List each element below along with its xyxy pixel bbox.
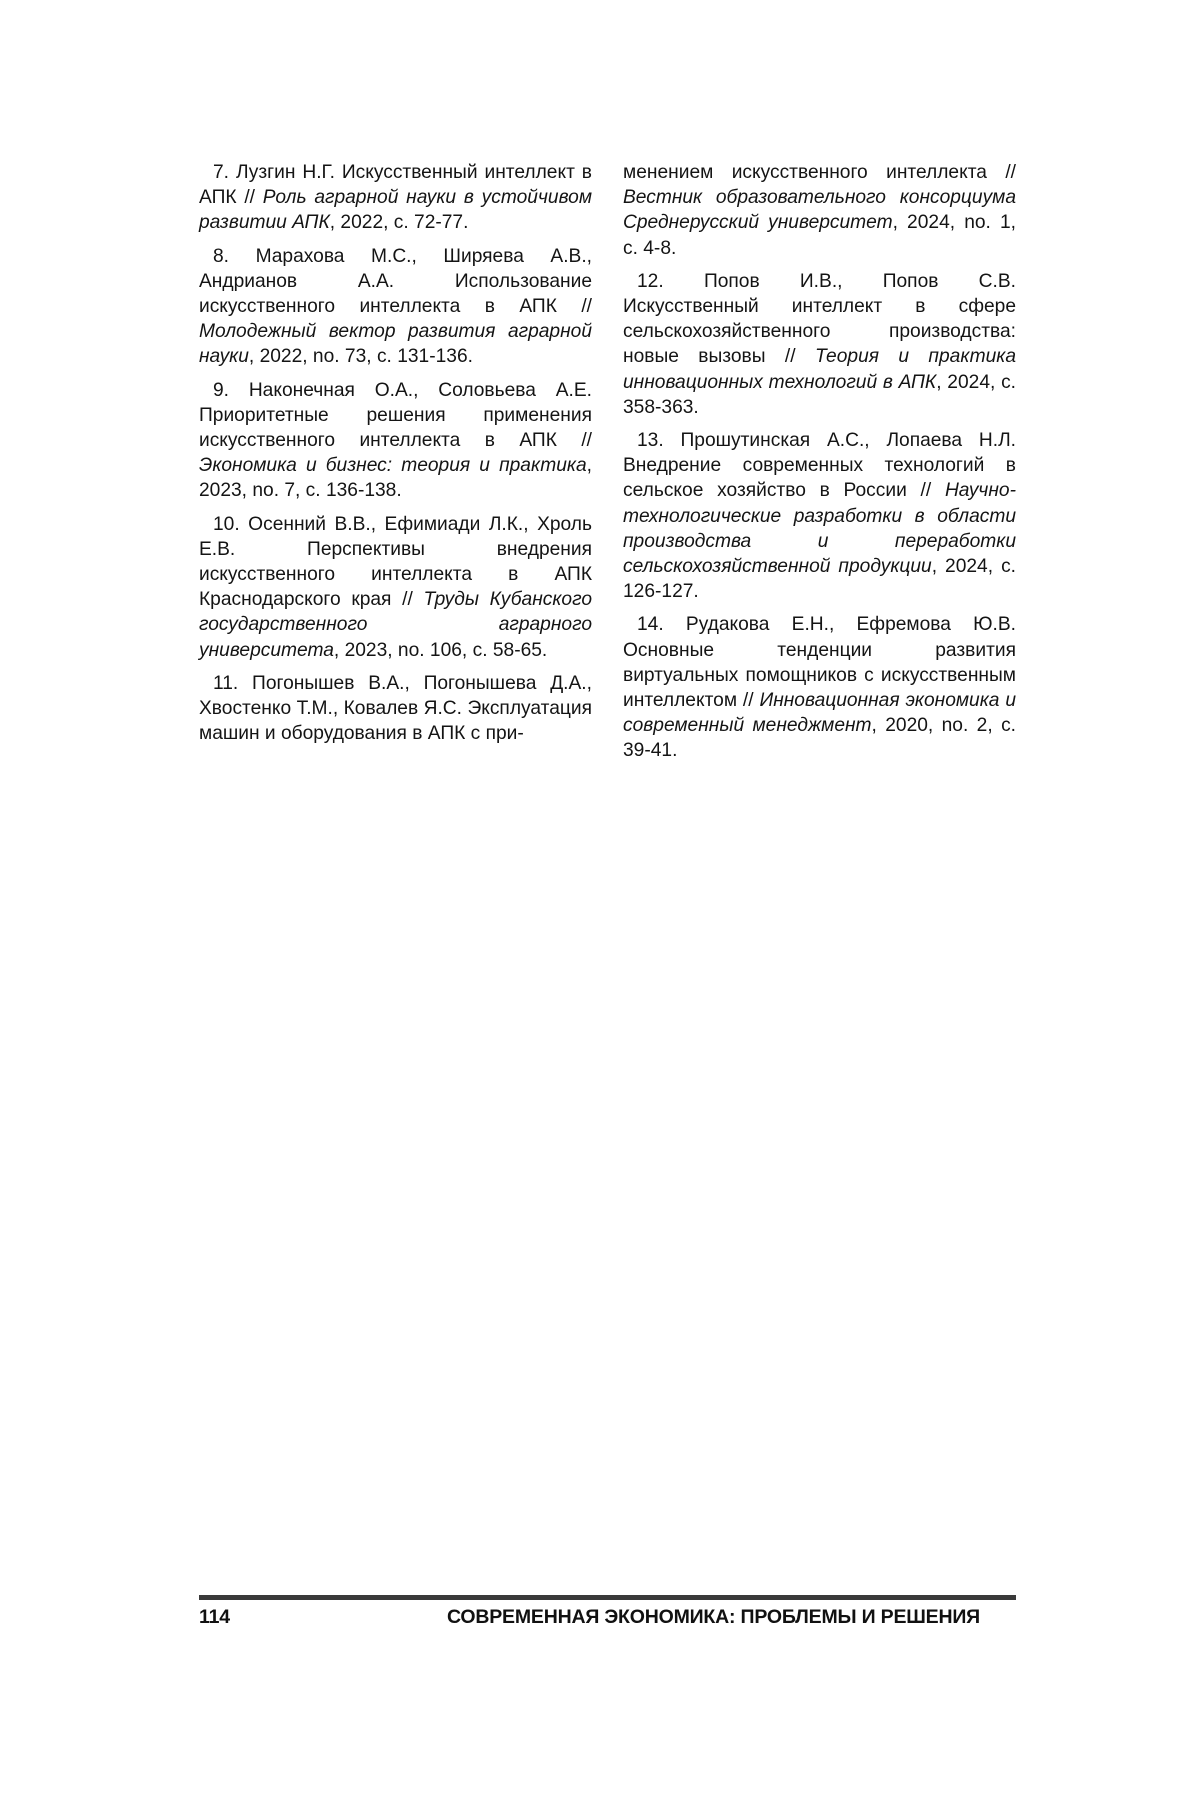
reference-item-10: 10. Осенний В.В., Ефимиади Л.К., Хроль Е… (199, 512, 592, 663)
ref-number: 8. (213, 246, 229, 267)
ref-source: Экономика и бизнес: теория и практика (199, 455, 587, 476)
ref-number: 11. (213, 673, 238, 694)
ref-number: 10. (213, 514, 240, 535)
ref-authors-title: Наконечная О.А., Соловьева А.Е. Приорите… (199, 380, 592, 451)
page-number: 114 (199, 1606, 230, 1629)
ref-number: 14. (637, 614, 664, 635)
reference-column-left: 7. Лузгин Н.Г. Искусственный интеллект в… (199, 160, 592, 754)
ref-authors-title: менением искусственного интеллекта // (623, 162, 1016, 183)
footer-divider (199, 1595, 1016, 1600)
ref-number: 12. (637, 271, 664, 292)
reference-column-right: менением искусственного интеллекта // Ве… (623, 160, 1016, 772)
reference-item-13: 13. Прошутинская А.С., Лопаева Н.Л. Внед… (623, 428, 1016, 604)
ref-details: , 2022, no. 73, с. 131-136. (249, 346, 473, 367)
ref-number: 13. (637, 430, 664, 451)
ref-details: , 2023, no. 106, с. 58-65. (334, 640, 547, 661)
reference-item-11-continued: менением искусственного интеллекта // Ве… (623, 160, 1016, 261)
reference-item-9: 9. Наконечная О.А., Соловьева А.Е. Приор… (199, 378, 592, 504)
reference-item-12: 12. Попов И.В., Попов С.В. Искусственный… (623, 269, 1016, 420)
ref-authors-title: Погонышев В.А., Погонышева Д.А., Хвостен… (199, 673, 592, 744)
page-footer: 114 СОВРЕМЕННАЯ ЭКОНОМИКА: ПРОБЛЕМЫ И РЕ… (199, 1606, 1016, 1634)
reference-item-11-start: 11. Погонышев В.А., Погонышева Д.А., Хво… (199, 671, 592, 747)
reference-item-14: 14. Рудакова Е.Н., Ефремова Ю.В. Основны… (623, 612, 1016, 763)
ref-number: 9. (213, 380, 229, 401)
ref-number: 7. (213, 162, 229, 183)
journal-title: СОВРЕМЕННАЯ ЭКОНОМИКА: ПРОБЛЕМЫ И РЕШЕНИ… (447, 1606, 980, 1629)
reference-item-8: 8. Марахова М.С., Ширяева А.В., Андриано… (199, 244, 592, 370)
ref-details: , 2022, с. 72-77. (330, 212, 469, 233)
ref-authors-title: Марахова М.С., Ширяева А.В., Андрианов А… (199, 246, 592, 317)
reference-item-7: 7. Лузгин Н.Г. Искусственный интеллект в… (199, 160, 592, 236)
